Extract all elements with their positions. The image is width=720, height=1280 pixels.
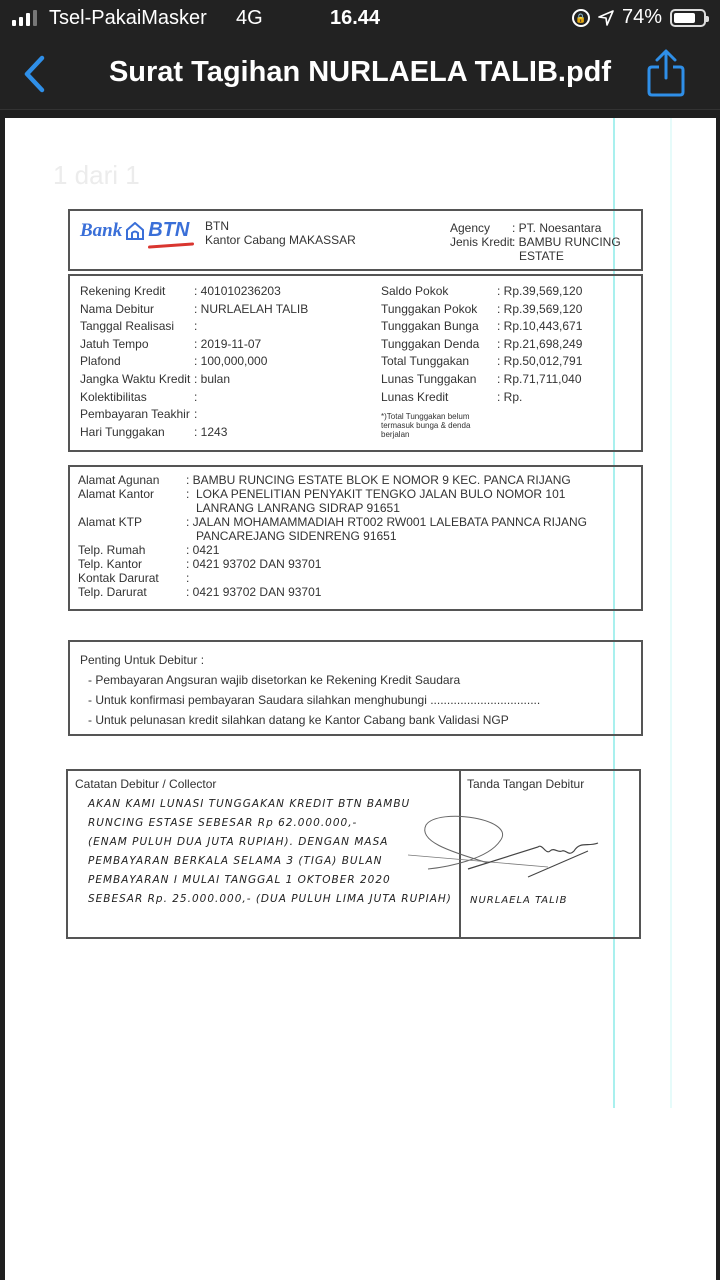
signature-title: Tanda Tangan Debitur xyxy=(467,777,584,791)
address-details: Alamat Agunan: BAMBU RUNCING ESTATE BLOK… xyxy=(68,465,643,611)
address-value: : 0421 93702 DAN 93701 xyxy=(186,557,321,571)
logo-text-bank: Bank xyxy=(80,220,122,242)
document-title: Surat Tagihan NURLAELA TALIB.pdf xyxy=(0,56,720,89)
handwritten-line: RUNCING ESTASE SEBESAR Rp 62.000.000,- xyxy=(88,814,452,833)
navigation-bar: Surat Tagihan NURLAELA TALIB.pdf xyxy=(0,38,720,110)
field-label: Plafond xyxy=(80,353,194,371)
address-row: Alamat Agunan: BAMBU RUNCING ESTATE BLOK… xyxy=(78,473,587,487)
account-details: Rekening Kredit: 401010236203Nama Debitu… xyxy=(68,274,643,452)
address-label: Telp. Darurat xyxy=(78,585,186,599)
signer-name: NURLAELA TALIB xyxy=(470,891,567,910)
field-value: : 100,000,000 xyxy=(194,353,267,371)
account-row: Jatuh Tempo: 2019-11-07 xyxy=(80,336,308,354)
rotation-lock-icon: 🔒 xyxy=(572,9,590,27)
field-label: Total Tunggakan xyxy=(381,353,497,371)
field-label: Rekening Kredit xyxy=(80,283,194,301)
agency-value: : PT. Noesantara xyxy=(512,221,601,235)
field-label: Kolektibilitas xyxy=(80,389,194,407)
notice-title: Penting Untuk Debitur : xyxy=(80,650,540,670)
notice-item: - Pembayaran Angsuran wajib disetorkan k… xyxy=(80,670,540,690)
account-row: Pembayaran Teakhir: xyxy=(80,406,308,424)
field-value: : Rp.21,698,249 xyxy=(497,336,582,354)
field-label: Tunggakan Bunga xyxy=(381,318,497,336)
signal-icon xyxy=(12,10,37,26)
total-footnote: *)Total Tunggakan belum termasuk bunga &… xyxy=(381,412,481,439)
field-value: : NURLAELAH TALIB xyxy=(194,301,308,319)
handwritten-line: PEMBAYARAN BERKALA SELAMA 3 (TIGA) BULAN xyxy=(88,852,452,871)
field-label: Nama Debitur xyxy=(80,301,194,319)
field-label: Hari Tunggakan xyxy=(80,424,194,442)
notice-item: - Untuk pelunasan kredit silahkan datang… xyxy=(80,710,540,730)
address-value: : LOKA PENELITIAN PENYAKIT TENGKO JALAN … xyxy=(186,487,565,501)
house-logo-icon xyxy=(126,222,144,240)
address-row: Telp. Darurat: 0421 93702 DAN 93701 xyxy=(78,585,587,599)
agency-info: Agency: PT. Noesantara Jenis Kredit: BAM… xyxy=(450,221,621,263)
address-value: PANCAREJANG SIDENRENG 91651 xyxy=(186,529,397,543)
account-row: Total Tunggakan: Rp.50,012,791 xyxy=(381,353,582,371)
address-row: Alamat Kantor: LOKA PENELITIAN PENYAKIT … xyxy=(78,487,587,501)
field-label: Saldo Pokok xyxy=(381,283,497,301)
field-value: : 1243 xyxy=(194,424,227,442)
credit-type-value: : BAMBU RUNCING xyxy=(512,235,621,249)
branch-name: Kantor Cabang MAKASSAR xyxy=(205,233,356,247)
account-row: Rekening Kredit: 401010236203 xyxy=(80,283,308,301)
account-left-column: Rekening Kredit: 401010236203Nama Debitu… xyxy=(80,283,308,441)
handwritten-line: (ENAM PULUH DUA JUTA RUPIAH). DENGAN MAS… xyxy=(88,833,452,852)
account-row: Lunas Tunggakan: Rp.71,711,040 xyxy=(381,371,582,389)
field-label: Lunas Kredit xyxy=(381,389,497,407)
address-label: Alamat Agunan xyxy=(78,473,186,487)
logo-text-btn: BTN xyxy=(148,219,189,242)
field-label: Tunggakan Pokok xyxy=(381,301,497,319)
account-row: Tunggakan Pokok: Rp.39,569,120 xyxy=(381,301,582,319)
field-value: : 2019-11-07 xyxy=(194,336,261,354)
location-arrow-icon xyxy=(598,10,614,26)
account-row: Lunas Kredit: Rp. xyxy=(381,389,582,407)
field-label: Jangka Waktu Kredit xyxy=(80,371,194,389)
address-value: : xyxy=(186,571,189,585)
scan-artifact-line xyxy=(670,118,672,1108)
field-value: : Rp.71,711,040 xyxy=(497,371,582,389)
collector-notes: Catatan Debitur / Collector AKAN KAMI LU… xyxy=(68,771,461,937)
address-row: PANCAREJANG SIDENRENG 91651 xyxy=(78,529,587,543)
notice-item: - Untuk konfirmasi pembayaran Saudara si… xyxy=(80,690,540,710)
bank-btn-logo: Bank BTN xyxy=(80,219,189,242)
network-type: 4G xyxy=(236,7,263,30)
address-value: : 0421 93702 DAN 93701 xyxy=(186,585,321,599)
address-value: LANRANG LANRANG SIDRAP 91651 xyxy=(186,501,400,515)
account-row: Plafond: 100,000,000 xyxy=(80,353,308,371)
field-label: Jatuh Tempo xyxy=(80,336,194,354)
debtor-notice: Penting Untuk Debitur : - Pembayaran Ang… xyxy=(68,640,643,736)
field-label: Lunas Tunggakan xyxy=(381,371,497,389)
notes-signature-box: Catatan Debitur / Collector AKAN KAMI LU… xyxy=(66,769,641,939)
field-value: : Rp.50,012,791 xyxy=(497,353,582,371)
battery-icon xyxy=(670,9,706,27)
credit-type-value-cont: ESTATE xyxy=(519,249,564,263)
address-row: LANRANG LANRANG SIDRAP 91651 xyxy=(78,501,587,515)
share-icon[interactable] xyxy=(644,48,688,98)
address-label: Telp. Rumah xyxy=(78,543,186,557)
signature-scribble xyxy=(408,811,608,891)
handwritten-line: SEBESAR Rp. 25.000.000,- (DUA PULUH LIMA… xyxy=(88,890,452,909)
address-label: Alamat Kantor xyxy=(78,487,186,501)
bank-branch: BTN Kantor Cabang MAKASSAR xyxy=(205,219,356,247)
field-label: Tanggal Realisasi xyxy=(80,318,194,336)
pdf-page[interactable]: 1 dari 1 Bank BTN BTN Kantor Cabang MAKA… xyxy=(5,118,716,1280)
account-row: Saldo Pokok: Rp.39,569,120 xyxy=(381,283,582,301)
document-header: Bank BTN BTN Kantor Cabang MAKASSAR Agen… xyxy=(68,209,643,271)
address-row: Telp. Rumah: 0421 xyxy=(78,543,587,557)
account-row: Tunggakan Bunga: Rp.10,443,671 xyxy=(381,318,582,336)
handwritten-line: PEMBAYARAN I MULAI TANGGAL 1 OKTOBER 202… xyxy=(88,871,452,890)
field-value: : xyxy=(194,389,197,407)
clock: 16.44 xyxy=(330,7,380,30)
field-label: Tunggakan Denda xyxy=(381,336,497,354)
address-value: : JALAN MOHAMAMMADIAH RT002 RW001 LALEBA… xyxy=(186,515,587,529)
field-value: : xyxy=(194,318,197,336)
account-row: Hari Tunggakan: 1243 xyxy=(80,424,308,442)
pdf-viewer[interactable]: 1 dari 1 Bank BTN BTN Kantor Cabang MAKA… xyxy=(0,110,720,1280)
field-value: : Rp.10,443,671 xyxy=(497,318,582,336)
field-value: : 401010236203 xyxy=(194,283,281,301)
address-list: Alamat Agunan: BAMBU RUNCING ESTATE BLOK… xyxy=(78,473,587,599)
field-label: Pembayaran Teakhir xyxy=(80,406,194,424)
account-row: Nama Debitur: NURLAELAH TALIB xyxy=(80,301,308,319)
field-value: : bulan xyxy=(194,371,230,389)
battery-percent: 74% xyxy=(622,6,662,29)
account-right-column: Saldo Pokok: Rp.39,569,120Tunggakan Poko… xyxy=(381,283,582,406)
agency-label: Agency xyxy=(450,221,512,235)
field-value: : Rp. xyxy=(497,389,522,407)
status-bar: Tsel-PakaiMasker 4G 16.44 🔒 74% xyxy=(0,0,720,38)
carrier-name: Tsel-PakaiMasker xyxy=(49,7,207,30)
field-value: : xyxy=(194,406,197,424)
address-label: Telp. Kantor xyxy=(78,557,186,571)
address-row: Telp. Kantor: 0421 93702 DAN 93701 xyxy=(78,557,587,571)
address-label xyxy=(78,529,186,543)
field-value: : Rp.39,569,120 xyxy=(497,301,582,319)
address-row: Alamat KTP: JALAN MOHAMAMMADIAH RT002 RW… xyxy=(78,515,587,529)
address-value: : 0421 xyxy=(186,543,219,557)
account-row: Kolektibilitas: xyxy=(80,389,308,407)
field-value: : Rp.39,569,120 xyxy=(497,283,582,301)
address-row: Kontak Darurat: xyxy=(78,571,587,585)
bank-name: BTN xyxy=(205,219,356,233)
address-label: Alamat KTP xyxy=(78,515,186,529)
page-indicator: 1 dari 1 xyxy=(53,160,140,191)
handwritten-note: AKAN KAMI LUNASI TUNGGAKAN KREDIT BTN BA… xyxy=(88,795,452,909)
address-label xyxy=(78,501,186,515)
handwritten-line: AKAN KAMI LUNASI TUNGGAKAN KREDIT BTN BA… xyxy=(88,795,452,814)
credit-type-label: Jenis Kredit xyxy=(450,235,512,249)
notes-title: Catatan Debitur / Collector xyxy=(75,777,216,791)
address-value: : BAMBU RUNCING ESTATE BLOK E NOMOR 9 KE… xyxy=(186,473,571,487)
address-label: Kontak Darurat xyxy=(78,571,186,585)
account-row: Jangka Waktu Kredit: bulan xyxy=(80,371,308,389)
account-row: Tunggakan Denda: Rp.21,698,249 xyxy=(381,336,582,354)
account-row: Tanggal Realisasi: xyxy=(80,318,308,336)
